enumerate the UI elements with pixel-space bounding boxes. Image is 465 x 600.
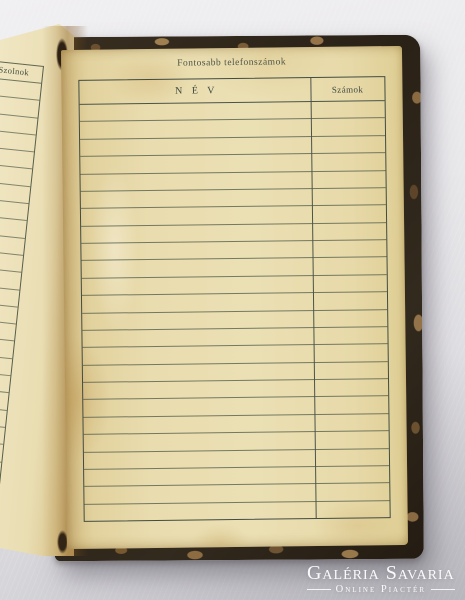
watermark-brand: Galéria Savaria: [307, 563, 455, 583]
watermark: Galéria Savaria Online Piactér: [307, 563, 455, 596]
left-page-table: Szolnok: [0, 60, 44, 548]
page-title: Fontosabb telefonszámok: [78, 56, 385, 70]
column-header-name: N É V: [79, 78, 310, 104]
left-page-lines: [0, 78, 41, 548]
table-rows: [80, 101, 390, 521]
product-photo: Szolnok Fontosabb telefonszámok N É V Sz…: [0, 0, 465, 600]
table-row: [85, 501, 390, 521]
right-page: Fontosabb telefonszámok N É V Számok: [61, 46, 408, 549]
watermark-tagline: Online Piactér: [307, 585, 455, 596]
phone-numbers-table: N É V Számok: [78, 76, 390, 522]
column-header-numbers: Számok: [311, 77, 385, 101]
